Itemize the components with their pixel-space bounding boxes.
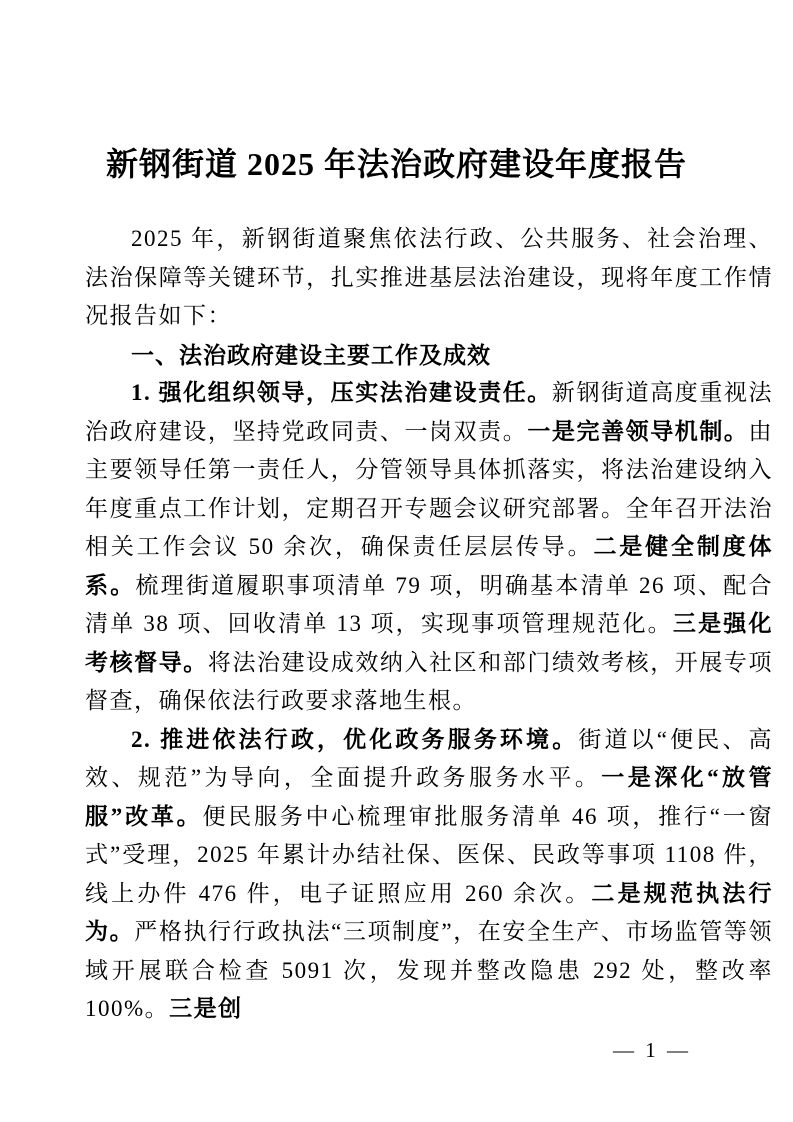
bold-text-run: 一是完善领导机制。: [527, 419, 748, 444]
bold-text-run: 一、法治政府建设主要工作及成效: [131, 342, 491, 368]
bold-text-run: 1. 强化组织领导，压实法治建设责任。: [131, 380, 552, 405]
paragraph: 1. 强化组织领导，压实法治建设责任。新钢街道高度重视法治政府建设，坚持党政同责…: [85, 374, 773, 721]
paragraph: 2025 年，新钢街道聚焦依法行政、公共服务、社会治理、法治保障等关键环节，扎实…: [85, 220, 773, 336]
bold-text-run: 三是创: [169, 996, 243, 1021]
text-run: 梳理街道履职事项清单 79 项，明确基本清单 26 项、配合清单 38 项、回收…: [85, 573, 773, 637]
paragraph: 2. 推进依法行政，优化政务服务环境。街道以“便民、高效、规范”为导向，全面提升…: [85, 721, 773, 1029]
bold-text-run: 2. 推进依法行政，优化政务服务环境。: [131, 727, 578, 752]
text-run: 2025 年，新钢街道聚焦依法行政、公共服务、社会治理、法治保障等关键环节，扎实…: [85, 226, 773, 328]
document-page: 新钢街道 2025 年法治政府建设年度报告 2025 年，新钢街道聚焦依法行政、…: [0, 0, 793, 1122]
section-heading: 一、法治政府建设主要工作及成效: [85, 336, 773, 375]
document-title: 新钢街道 2025 年法治政府建设年度报告: [0, 0, 793, 184]
page-number: — 1 —: [613, 1036, 691, 1064]
document-body: 2025 年，新钢街道聚焦依法行政、公共服务、社会治理、法治保障等关键环节，扎实…: [0, 220, 793, 1029]
